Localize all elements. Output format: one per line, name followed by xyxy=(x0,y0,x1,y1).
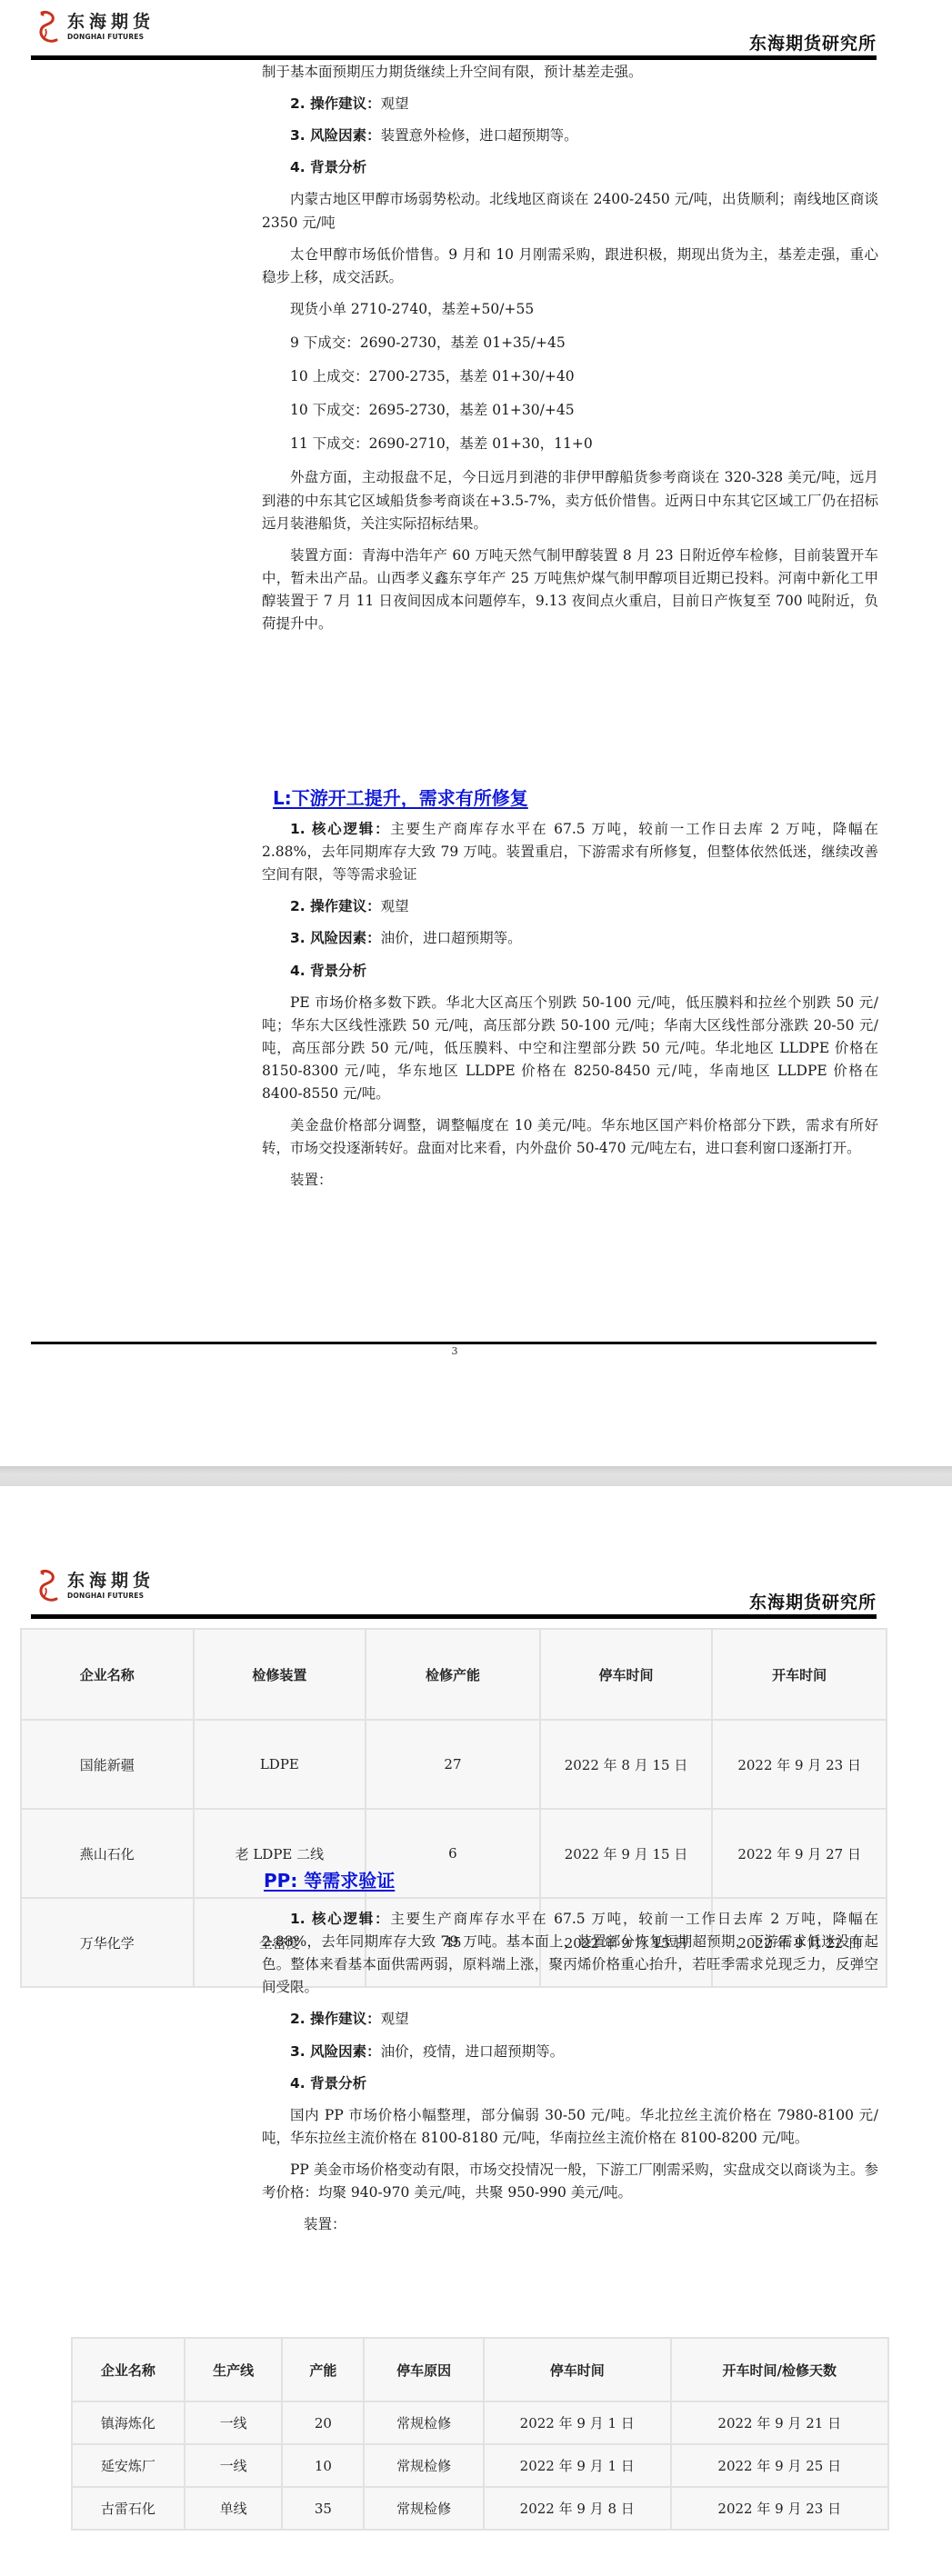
column-header: 企业名称 xyxy=(21,1629,194,1720)
core-logic-label: 1. 核心逻辑： xyxy=(290,1911,390,1927)
pp-background-heading: 4. 背景分析 xyxy=(262,2072,878,2095)
pp-domestic-paragraph: 国内 PP 市场价格小幅整理，部分偏弱 30-50 元/吨。华北拉丝主流价格在 … xyxy=(262,2104,878,2150)
page-header: 东海期货 DONGHAI FUTURES 东海期货研究所 xyxy=(31,1559,877,1615)
risk-label: 3. 风险因素： xyxy=(290,930,381,946)
table-cell: 2022 年 9 月 21 日 xyxy=(671,2401,889,2444)
pp-suggestion: 2. 操作建议：观望 xyxy=(262,2008,878,2031)
table-cell: 10 xyxy=(282,2444,364,2487)
table-row: 国能新疆 LDPE 27 2022 年 8 月 15 日 2022 年 9 月 … xyxy=(21,1720,887,1809)
table-cell: 古雷石化 xyxy=(72,2487,185,2530)
table-cell: 20 xyxy=(282,2401,364,2444)
device-label: 装置： xyxy=(262,1169,878,1192)
column-header: 停车时间 xyxy=(540,1629,713,1720)
methanol-risk: 3. 风险因素：装置意外检修，进口超预期等。 xyxy=(262,125,878,147)
core-logic-label: 1. 核心逻辑： xyxy=(290,821,390,837)
l-risk: 3. 风险因素：油价，进口超预期等。 xyxy=(262,927,878,950)
table-cell: 一线 xyxy=(185,2401,283,2444)
column-header: 生产线 xyxy=(185,2338,283,2401)
table-cell: 2022 年 9 月 23 日 xyxy=(671,2487,889,2530)
table-cell: 2022 年 9 月 8 日 xyxy=(484,2487,671,2530)
table-header-row: 企业名称 生产线 产能 停车原因 停车时间 开车时间/检修天数 xyxy=(72,2338,888,2401)
l-background-heading: 4. 背景分析 xyxy=(262,960,878,983)
dragon-logo-icon xyxy=(36,1568,62,1604)
table-row: 镇海炼化 一线 20 常规检修 2022 年 9 月 1 日 2022 年 9 … xyxy=(72,2401,888,2444)
device-label: 装置： xyxy=(262,2213,878,2236)
column-header: 企业名称 xyxy=(72,2338,185,2401)
spot-quote-line: 10 下成交：2695-2730，基差 01+30/+45 xyxy=(262,399,878,422)
logo-english-name: DONGHAI FUTURES xyxy=(67,1593,155,1600)
risk-value: 油价，疫情，进口超预期等。 xyxy=(381,2043,565,2060)
page-3: 东海期货 DONGHAI FUTURES 东海期货研究所 制于基本面预期压力期货… xyxy=(0,0,952,1466)
table-cell: 2022 年 8 月 15 日 xyxy=(540,1720,713,1809)
logo-chinese-name: 东海期货 xyxy=(67,1573,155,1590)
page-header: 东海期货 DONGHAI FUTURES 东海期货研究所 xyxy=(31,0,877,56)
page-separator xyxy=(0,1466,952,1486)
table-cell: 2022 年 9 月 1 日 xyxy=(484,2401,671,2444)
logo-english-name: DONGHAI FUTURES xyxy=(67,34,155,41)
pp-core-logic: 1. 核心逻辑：主要生产商库存水平在 67.5 万吨，较前一工作日去库 2 万吨… xyxy=(262,1908,878,1999)
page-number: 3 xyxy=(0,1345,909,1357)
table-row: 延安炼厂 一线 10 常规检修 2022 年 9 月 1 日 2022 年 9 … xyxy=(72,2444,888,2487)
methanol-background-heading: 4. 背景分析 xyxy=(262,156,878,179)
usd-market-paragraph: 美金盘价格部分调整，调整幅度在 10 美元/吨。华东地区国产料价格部分下跌，需求… xyxy=(262,1114,878,1160)
device-paragraph: 装置方面：青海中浩年产 60 万吨天然气制甲醇装置 8 月 23 日附近停车检修… xyxy=(262,544,878,635)
table-row: 古雷石化 单线 35 常规检修 2022 年 9 月 8 日 2022 年 9 … xyxy=(72,2487,888,2530)
column-header: 开车时间 xyxy=(712,1629,887,1720)
table-cell: LDPE xyxy=(194,1720,366,1809)
pp-usd-paragraph: PP 美金市场价格变动有限，市场交投情况一般，下游工厂刚需采购，实盘成交以商谈为… xyxy=(262,2159,878,2204)
pp-section: PP: 等需求验证 xyxy=(264,1866,878,1906)
spot-quote-line: 11 下成交：2690-2710，基差 01+30，11+0 xyxy=(262,433,878,455)
suggestion-value: 观望 xyxy=(381,898,409,914)
suggestion-label: 2. 操作建议： xyxy=(290,898,381,914)
column-header: 停车时间 xyxy=(484,2338,671,2401)
page-content: 制于基本面预期压力期货继续上升空间有限，预计基差走强。 2. 操作建议：观望 3… xyxy=(262,61,878,644)
table-cell: 万华化学 xyxy=(21,1898,194,1987)
suggestion-value: 观望 xyxy=(381,95,409,112)
header-rule xyxy=(31,55,877,60)
pp-risk: 3. 风险因素：油价，疫情，进口超预期等。 xyxy=(262,2041,878,2063)
pe-market-paragraph: PE 市场价格多数下跌。华北大区高压个别跌 50-100 元/吨，低压膜料和拉丝… xyxy=(262,992,878,1106)
institute-name: 东海期货研究所 xyxy=(749,30,877,55)
suggestion-label: 2. 操作建议： xyxy=(290,95,381,112)
table-cell: 常规检修 xyxy=(364,2401,484,2444)
spot-quote-line: 现货小单 2710-2740，基差+50/+55 xyxy=(262,298,878,321)
logo-chinese-name: 东海期货 xyxy=(67,14,155,31)
section-title-l[interactable]: L:下游开工提升，需求有所修复 xyxy=(273,784,878,813)
risk-label: 3. 风险因素： xyxy=(290,2043,381,2060)
column-header: 产能 xyxy=(282,2338,364,2401)
l-core-logic: 1. 核心逻辑：主要生产商库存水平在 67.5 万吨，较前一工作日去库 2 万吨… xyxy=(262,818,878,886)
methanol-paragraph: 太仓甲醇市场低价惜售。9 月和 10 月刚需采购，跟进积极，期现出货为主，基差走… xyxy=(262,244,878,289)
dragon-logo-icon xyxy=(36,9,62,45)
table-cell: 镇海炼化 xyxy=(72,2401,185,2444)
table-cell: 2022 年 9 月 25 日 xyxy=(671,2444,889,2487)
page-4: 东海期货 DONGHAI FUTURES 东海期货研究所 企业名称 检修装置 检… xyxy=(0,1486,952,2576)
methanol-suggestion: 2. 操作建议：观望 xyxy=(262,93,878,115)
table-cell: 27 xyxy=(366,1720,540,1809)
table-header-row: 企业名称 检修装置 检修产能 停车时间 开车时间 xyxy=(21,1629,887,1720)
institute-name: 东海期货研究所 xyxy=(749,1589,877,1613)
section-title-pp[interactable]: PP: 等需求验证 xyxy=(264,1866,878,1895)
methanol-paragraph: 内蒙古地区甲醇市场弱势松动。北线地区商谈在 2400-2450 元/吨，出货顺利… xyxy=(262,188,878,234)
suggestion-label: 2. 操作建议： xyxy=(290,2011,381,2027)
table-cell: 常规检修 xyxy=(364,2444,484,2487)
l-section-body: 1. 核心逻辑：主要生产商库存水平在 67.5 万吨，较前一工作日去库 2 万吨… xyxy=(262,818,878,1203)
l-suggestion: 2. 操作建议：观望 xyxy=(262,895,878,918)
footer-rule xyxy=(31,1342,877,1344)
continuation-paragraph: 制于基本面预期压力期货继续上升空间有限，预计基差走强。 xyxy=(262,61,878,84)
table-cell: 35 xyxy=(282,2487,364,2530)
table-cell: 延安炼厂 xyxy=(72,2444,185,2487)
table-cell: 单线 xyxy=(185,2487,283,2530)
spot-quote-line: 9 下成交：2690-2730，基差 01+35/+45 xyxy=(262,332,878,354)
column-header: 检修产能 xyxy=(366,1629,540,1720)
company-logo: 东海期货 DONGHAI FUTURES xyxy=(36,9,155,45)
table-cell: 国能新疆 xyxy=(21,1720,194,1809)
risk-value: 装置意外检修，进口超预期等。 xyxy=(381,127,578,144)
suggestion-value: 观望 xyxy=(381,2011,409,2027)
header-rule xyxy=(31,1614,877,1619)
column-header: 停车原因 xyxy=(364,2338,484,2401)
table-cell: 2022 年 9 月 1 日 xyxy=(484,2444,671,2487)
column-header: 开车时间/检修天数 xyxy=(671,2338,889,2401)
external-market-paragraph: 外盘方面，主动报盘不足，今日远月到港的非伊甲醇船货参考商谈在 320-328 美… xyxy=(262,466,878,534)
table-cell: 一线 xyxy=(185,2444,283,2487)
column-header: 检修装置 xyxy=(194,1629,366,1720)
risk-label: 3. 风险因素： xyxy=(290,127,381,144)
company-logo: 东海期货 DONGHAI FUTURES xyxy=(36,1568,155,1604)
pp-section-body: 1. 核心逻辑：主要生产商库存水平在 67.5 万吨，较前一工作日去库 2 万吨… xyxy=(262,1908,878,2247)
table-cell: 燕山石化 xyxy=(21,1809,194,1898)
table-cell: 常规检修 xyxy=(364,2487,484,2530)
spot-quote-line: 10 上成交：2700-2735，基差 01+30/+40 xyxy=(262,365,878,388)
pp-maintenance-table: 企业名称 生产线 产能 停车原因 停车时间 开车时间/检修天数 镇海炼化 一线 … xyxy=(71,2337,889,2531)
risk-value: 油价，进口超预期等。 xyxy=(381,930,522,946)
table-cell: 2022 年 9 月 23 日 xyxy=(712,1720,887,1809)
